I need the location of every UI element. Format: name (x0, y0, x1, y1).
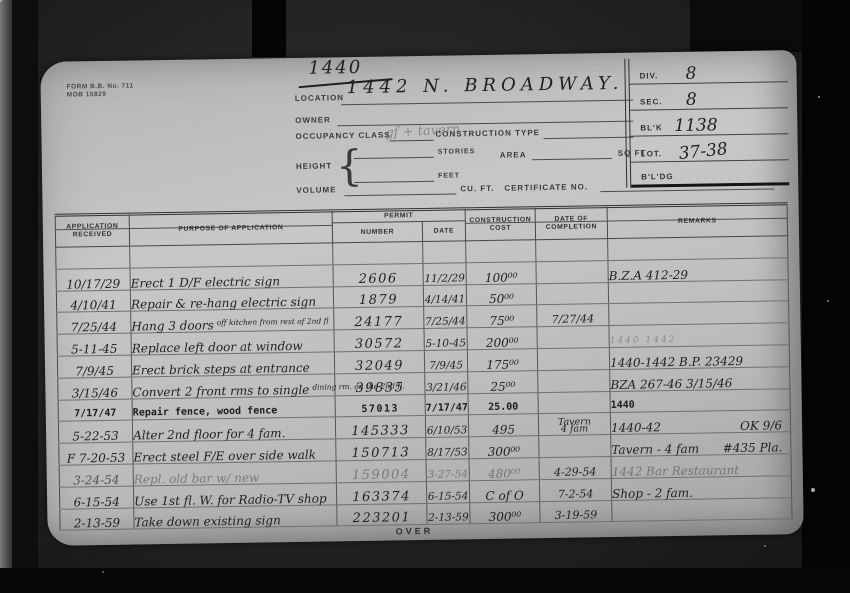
film-right-edge (802, 0, 850, 593)
cell-application-received: 7/25/44 (57, 311, 131, 334)
stories-label: STORIES (438, 148, 476, 156)
cell-purpose: Erect 1 D/F electric sign (130, 265, 333, 290)
completion-text: 7/27/44 (552, 312, 595, 326)
cell-remarks: Tavern - 4 fam#435 Pla. (611, 432, 791, 457)
header-construction-cost: CONSTRUCTION COST (465, 208, 535, 241)
cell-permit-date: 3/21/46 (425, 372, 468, 394)
completion-text2: 4 fam (539, 425, 610, 433)
cell-completion-date: 4-29-54 (539, 457, 611, 480)
cell-permit-date: 4/14/41 (423, 284, 466, 306)
location-line (341, 100, 633, 106)
sec-value: 8 (686, 90, 697, 110)
header-permit-date: DATE (422, 221, 465, 242)
cell-blank (466, 240, 536, 263)
film-left-dark-strip (12, 0, 38, 593)
cell-application-received: 6-15-54 (59, 486, 133, 509)
cell-construction-cost: 300⁰⁰ (469, 436, 539, 459)
cell-permit-date: 7/25/44 (424, 306, 467, 328)
info-field-div: DIV. 8 (629, 56, 787, 84)
feet-line (354, 181, 434, 183)
blk-value: 1138 (674, 115, 718, 136)
feet-label: FEET (438, 172, 460, 179)
cell-remarks (612, 497, 792, 522)
occupancy-class-label: OCCUPANCY CLASS (295, 130, 390, 140)
header-remarks: REMARKS (607, 204, 787, 239)
house-number-handwritten: 1440 (308, 57, 362, 79)
cell-permit-number: 159004 (336, 459, 426, 482)
area-label: AREA (500, 150, 527, 159)
cell-permit-number: 223201 (337, 503, 427, 526)
film-left-edge (0, 0, 12, 593)
form-number-stamp: FORM B.B. No. 711 MOB 15829 (67, 83, 134, 100)
scanned-photo-stage: FORM B.B. No. 711 MOB 15829 1440 LOCATIO… (0, 0, 850, 593)
remarks-text: 1440 1442 (610, 335, 677, 346)
cell-construction-cost: 175⁰⁰ (467, 349, 537, 372)
info-field-sec: SEC. 8 (630, 82, 788, 110)
div-value: 8 (685, 64, 696, 84)
cell-purpose: Replace left door at window (131, 330, 334, 355)
cell-blank (333, 241, 423, 264)
cell-construction-cost: 100⁰⁰ (466, 262, 536, 285)
cell-remarks: BZA 267-46 3/15/46 (610, 367, 790, 392)
cell-remarks: 1440-1442 B.P. 23429 (609, 345, 789, 370)
construction-type-line (544, 137, 634, 139)
remarks-text: 1442 Bar Restaurant (612, 463, 740, 479)
header-application-received: APPLICATION RECEIVED (55, 214, 129, 247)
info-box-border (624, 59, 627, 188)
header-purpose: PURPOSE OF APPLICATION (129, 211, 332, 246)
cell-construction-cost: 480⁰⁰ (469, 458, 539, 481)
permit-history-table: APPLICATION RECEIVED PURPOSE OF APPLICAT… (55, 202, 793, 531)
cell-completion-date: 3-19-59 (540, 500, 612, 523)
film-bottom-edge (0, 568, 850, 593)
cell-construction-cost: 50⁰⁰ (466, 283, 536, 306)
info-field-blk: BL'K 1138 (630, 108, 788, 136)
cell-completion-date: Tavern4 fam (538, 413, 610, 436)
purpose-text: Repl. old bar w/ new (134, 470, 260, 486)
location-label: LOCATION (295, 93, 344, 103)
header-date-of-completion: DATE OF COMPLETION (535, 207, 607, 240)
div-label: DIV. (639, 71, 658, 80)
cell-completion-date (537, 326, 609, 349)
remarks-text: 1440-42 (611, 420, 661, 435)
area-line (532, 158, 612, 160)
cell-application-received: 3-24-54 (59, 464, 133, 487)
cell-purpose: Repair fence, wood fence (132, 395, 335, 420)
owner-line (337, 121, 633, 127)
cell-construction-cost: 495 (468, 414, 538, 437)
cell-completion-date (536, 260, 608, 283)
cell-purpose: Use 1st fl. W. for Radio-TV shop (133, 483, 336, 508)
purpose-text: Replace left door at window (132, 339, 303, 356)
cell-completion-date (539, 435, 611, 458)
purpose-text: Alter 2nd floor for 4 fam. (133, 426, 285, 442)
purpose-text: Take down existing sign (134, 514, 280, 530)
cell-purpose: Erect brick steps at entrance (131, 352, 334, 377)
cell-permit-date: 11/2/29 (423, 263, 466, 285)
cell-construction-cost: 25⁰⁰ (468, 370, 538, 393)
owner-label: OWNER (295, 115, 331, 125)
bldg-label: B'L'DG (641, 172, 674, 182)
cell-completion-date (538, 391, 610, 414)
cell-purpose: Erect steel F/E over side walk (133, 439, 336, 464)
cell-permit-date: 7/17/47 (425, 393, 468, 415)
cell-permit-number: 30572 (334, 329, 424, 352)
cell-purpose: Repl. old bar w/ new (133, 461, 336, 486)
cell-remarks: 1442 Bar Restaurant (611, 454, 791, 479)
construction-type-label: CONSTRUCTION TYPE (435, 128, 540, 139)
cell-permit-number: 24177 (334, 307, 424, 330)
purpose-text: Repair fence, wood fence (133, 406, 278, 419)
cell-remarks: 1440 1442 (609, 323, 789, 348)
form-number-line2: MOB 15829 (67, 91, 134, 100)
cell-completion-date: 7/27/44 (537, 304, 609, 327)
cell-permit-number: 57013 (335, 394, 425, 417)
cell-construction-cost: 200⁰⁰ (467, 327, 537, 350)
remarks-right-text: OK 9/6 (740, 420, 782, 433)
cell-remarks: Shop - 2 fam. (611, 475, 791, 500)
completion-text: 7-2-54 (558, 487, 594, 501)
header-permit-number: NUMBER (332, 221, 422, 242)
cell-blank (423, 241, 466, 263)
cell-completion-date (536, 282, 608, 305)
cell-purpose: Alter 2nd floor for 4 fam. (132, 417, 335, 442)
certificate-label: CERTIFICATE NO. (504, 182, 588, 192)
over-label: OVER (396, 526, 434, 537)
film-dust-specks (0, 0, 2, 2)
remarks-right-text: #435 Pla. (723, 441, 783, 454)
cell-application-received: 5-11-45 (57, 333, 131, 356)
cell-completion-date: 7-2-54 (539, 478, 611, 501)
cell-application-received: 5-22-53 (58, 420, 132, 443)
cell-permit-date: 3-27-54 (426, 459, 469, 481)
completion-text: 4-29-54 (554, 465, 597, 479)
cuft-label: CU. FT. (460, 184, 494, 194)
cell-permit-number: 32049 (334, 350, 424, 373)
cell-permit-date: 8/17/53 (426, 437, 469, 459)
lot-label: LOT. (641, 149, 662, 158)
cell-purpose: Take down existing sign (134, 504, 337, 529)
cell-permit-date: 6-15-54 (426, 481, 469, 503)
cell-permit-date: 5-10-45 (424, 328, 467, 350)
remarks-text: BZA 267-46 3/15/46 (610, 376, 732, 392)
cell-construction-cost: C of O (469, 479, 539, 502)
cell-remarks: 1440-42OK 9/6 (610, 410, 790, 435)
volume-label: VOLUME (296, 185, 336, 195)
cell-permit-number: 163374 (336, 481, 426, 504)
cell-purpose: Convert 2 front rms to singledining rm. … (132, 374, 335, 399)
height-label: HEIGHT (296, 161, 332, 171)
permit-record-card: FORM B.B. No. 711 MOB 15829 1440 LOCATIO… (40, 50, 804, 546)
cell-blank (130, 243, 333, 268)
cell-application-received: 4/10/41 (56, 290, 130, 313)
cell-completion-date (537, 348, 609, 371)
purpose-note: off kitchen from rest of 2nd fl (217, 317, 329, 328)
cell-construction-cost: 300⁰⁰ (470, 501, 540, 524)
cell-application-received: F 7-20-53 (59, 442, 133, 465)
cell-permit-number: 1879 (333, 285, 423, 308)
remarks-text: Tavern - 4 fam (611, 442, 699, 457)
stories-line (354, 157, 434, 159)
cell-blank (56, 246, 130, 269)
cell-purpose: Hang 3 doorsoff kitchen from rest of 2nd… (131, 308, 334, 333)
occupancy-class-line (390, 140, 434, 142)
cell-application-received: 7/17/47 (58, 399, 132, 422)
info-field-lot: LOT. 37-38 (630, 134, 788, 162)
cell-remarks (609, 301, 789, 326)
purpose-text: Convert 2 front rms to single (132, 382, 309, 399)
cell-permit-date: 6/10/53 (425, 415, 468, 437)
remarks-text: 1440-1442 B.P. 23429 (610, 354, 743, 370)
cell-remarks: 1440 (610, 388, 790, 413)
cell-permit-number: 145333 (335, 416, 425, 439)
cell-blank (608, 236, 788, 261)
cell-construction-cost: 75⁰⁰ (467, 305, 537, 328)
cell-application-received: 2-13-59 (60, 508, 134, 531)
location-value: 1442 N. BROADWAY. (347, 73, 624, 98)
cell-remarks (608, 279, 788, 304)
purpose-text: Hang 3 doors (131, 318, 214, 333)
cell-permit-number: 2606 (333, 263, 423, 286)
certificate-line (600, 188, 774, 192)
cell-purpose: Repair & re-hang electric sign (130, 286, 333, 311)
cell-completion-date (538, 369, 610, 392)
cell-permit-number: 150713 (336, 438, 426, 461)
cell-application-received: 7/9/45 (57, 355, 131, 378)
completion-text: 3-19-59 (555, 509, 598, 523)
cell-construction-cost: 25.00 (468, 392, 538, 415)
sec-label: SEC. (640, 97, 663, 106)
cell-permit-date: 2-13-59 (427, 502, 470, 524)
cell-application-received: 10/17/29 (56, 268, 130, 291)
volume-line (344, 193, 456, 196)
remarks-text: B.Z.A 412-29 (609, 267, 689, 282)
cell-remarks: B.Z.A 412-29 (608, 258, 788, 283)
blk-label: BL'K (640, 123, 662, 132)
film-top-notch (252, 0, 286, 57)
cell-blank (536, 239, 608, 262)
purpose-text: Erect brick steps at entrance (132, 361, 310, 378)
info-field-bldg: B'L'DG (631, 160, 789, 187)
cell-permit-date: 7/9/45 (424, 350, 467, 372)
purpose-text: Erect 1 D/F electric sign (131, 274, 281, 290)
remarks-text: 1440 (611, 400, 635, 411)
remarks-text: Shop - 2 fam. (612, 485, 693, 500)
lot-info-box: DIV. 8 SEC. 8 BL'K 1138 LOT. 37-38 B'L'D… (628, 56, 789, 187)
purpose-text: Erect steel F/E over side walk (133, 448, 316, 465)
cell-application-received: 3/15/46 (58, 377, 132, 400)
purpose-text: Repair & re-hang electric sign (131, 295, 316, 312)
